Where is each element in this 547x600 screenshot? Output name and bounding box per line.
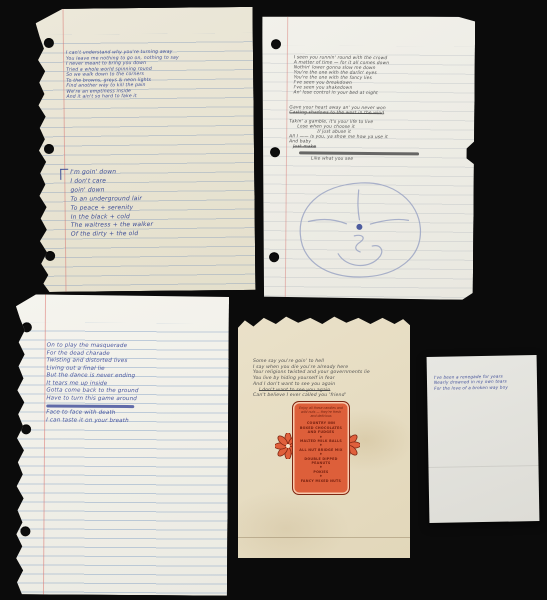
lyric-line: To an underground lair [70,195,152,205]
margin-line [43,294,46,594]
ink-dot-nose [356,224,362,230]
lyric-line: But the dance is never ending [46,372,138,380]
handwritten-lyrics: On to play the masqueradeFor the dead ch… [46,342,139,425]
punch-hole [45,251,55,261]
lyric-page-top-right: I seen you runnin' round with the crowdA… [260,15,475,300]
lyric-line: Twisting and distorted lives [47,357,139,365]
bag-fold-crease [238,537,410,538]
handwritten-chorus: I'm goin' downI don't caregoin' downTo a… [70,168,153,240]
lyric-line: Like what you see [311,157,419,163]
punch-hole [20,526,30,536]
handwritten-verse-2: Gave your heart away an' you never wonCa… [289,105,419,162]
lyric-line: Have to turn this game around [46,395,138,403]
lyric-line [46,404,134,408]
lyric-line: Just make [293,144,419,150]
punch-hole [44,38,54,48]
small-note-bottom-right: I've been a renegade for yearsNearly dro… [427,355,540,523]
lyric-line: For the love of a broken way boy [434,384,508,391]
lyric-page-top-left: I can't understand why you're turning aw… [33,7,256,292]
punch-hole [44,144,54,154]
candy-bag-label: Enjoy all these candies and wild nuts — … [292,401,350,495]
margin-line [285,15,288,298]
handwritten-verse: I can't understand why you're turning aw… [66,50,179,101]
candy-bag: Some say you're goin' to hellI say when … [238,313,410,558]
bracket-mark [60,169,68,180]
lyric-line: Gotta come back to the ground [46,387,138,395]
lyric-line: Face to face with death [46,409,138,417]
lyric-line: An' lose control in your bed at night [294,90,389,96]
punch-hole [270,147,280,157]
photo-of-handwritten-pages: I can't understand why you're turning aw… [0,0,547,600]
face-doodle-drawing [296,179,427,280]
punch-hole [21,424,31,434]
punch-hole [271,39,281,49]
lyric-page-bottom-left: On to play the masqueradeFor the dead ch… [12,294,229,595]
handwritten-lyrics: I've been a renegade for yearsNearly dro… [434,374,508,391]
label-script-text: Enjoy all these candies and wild nuts — … [293,407,349,418]
lyric-line: And it ain't so hard to fake it [66,94,179,101]
label-menu: COUNTRY INNBOXED CHOCOLATESAND FUDGES♦MA… [293,421,349,483]
lyric-line [299,151,419,155]
lyric-line: I can taste it on your breath [46,417,138,425]
handwritten-lyrics: Some say you're goin' to hellI say when … [253,359,370,399]
label-menu-line: FANCY MIXED NUTS [293,479,349,483]
lyric-line: Can't believe I ever called you 'friend' [253,393,370,399]
lyric-line: The waitress + the walker [71,221,153,231]
punch-hole [22,322,32,332]
fold-crease [428,465,538,468]
lyric-line: On to play the masquerade [47,342,139,350]
handwritten-verse-1: I seen you runnin' round with the crowdA… [294,55,390,96]
lyric-line: Of the dirty + the old [71,230,153,240]
punch-hole [269,252,279,262]
